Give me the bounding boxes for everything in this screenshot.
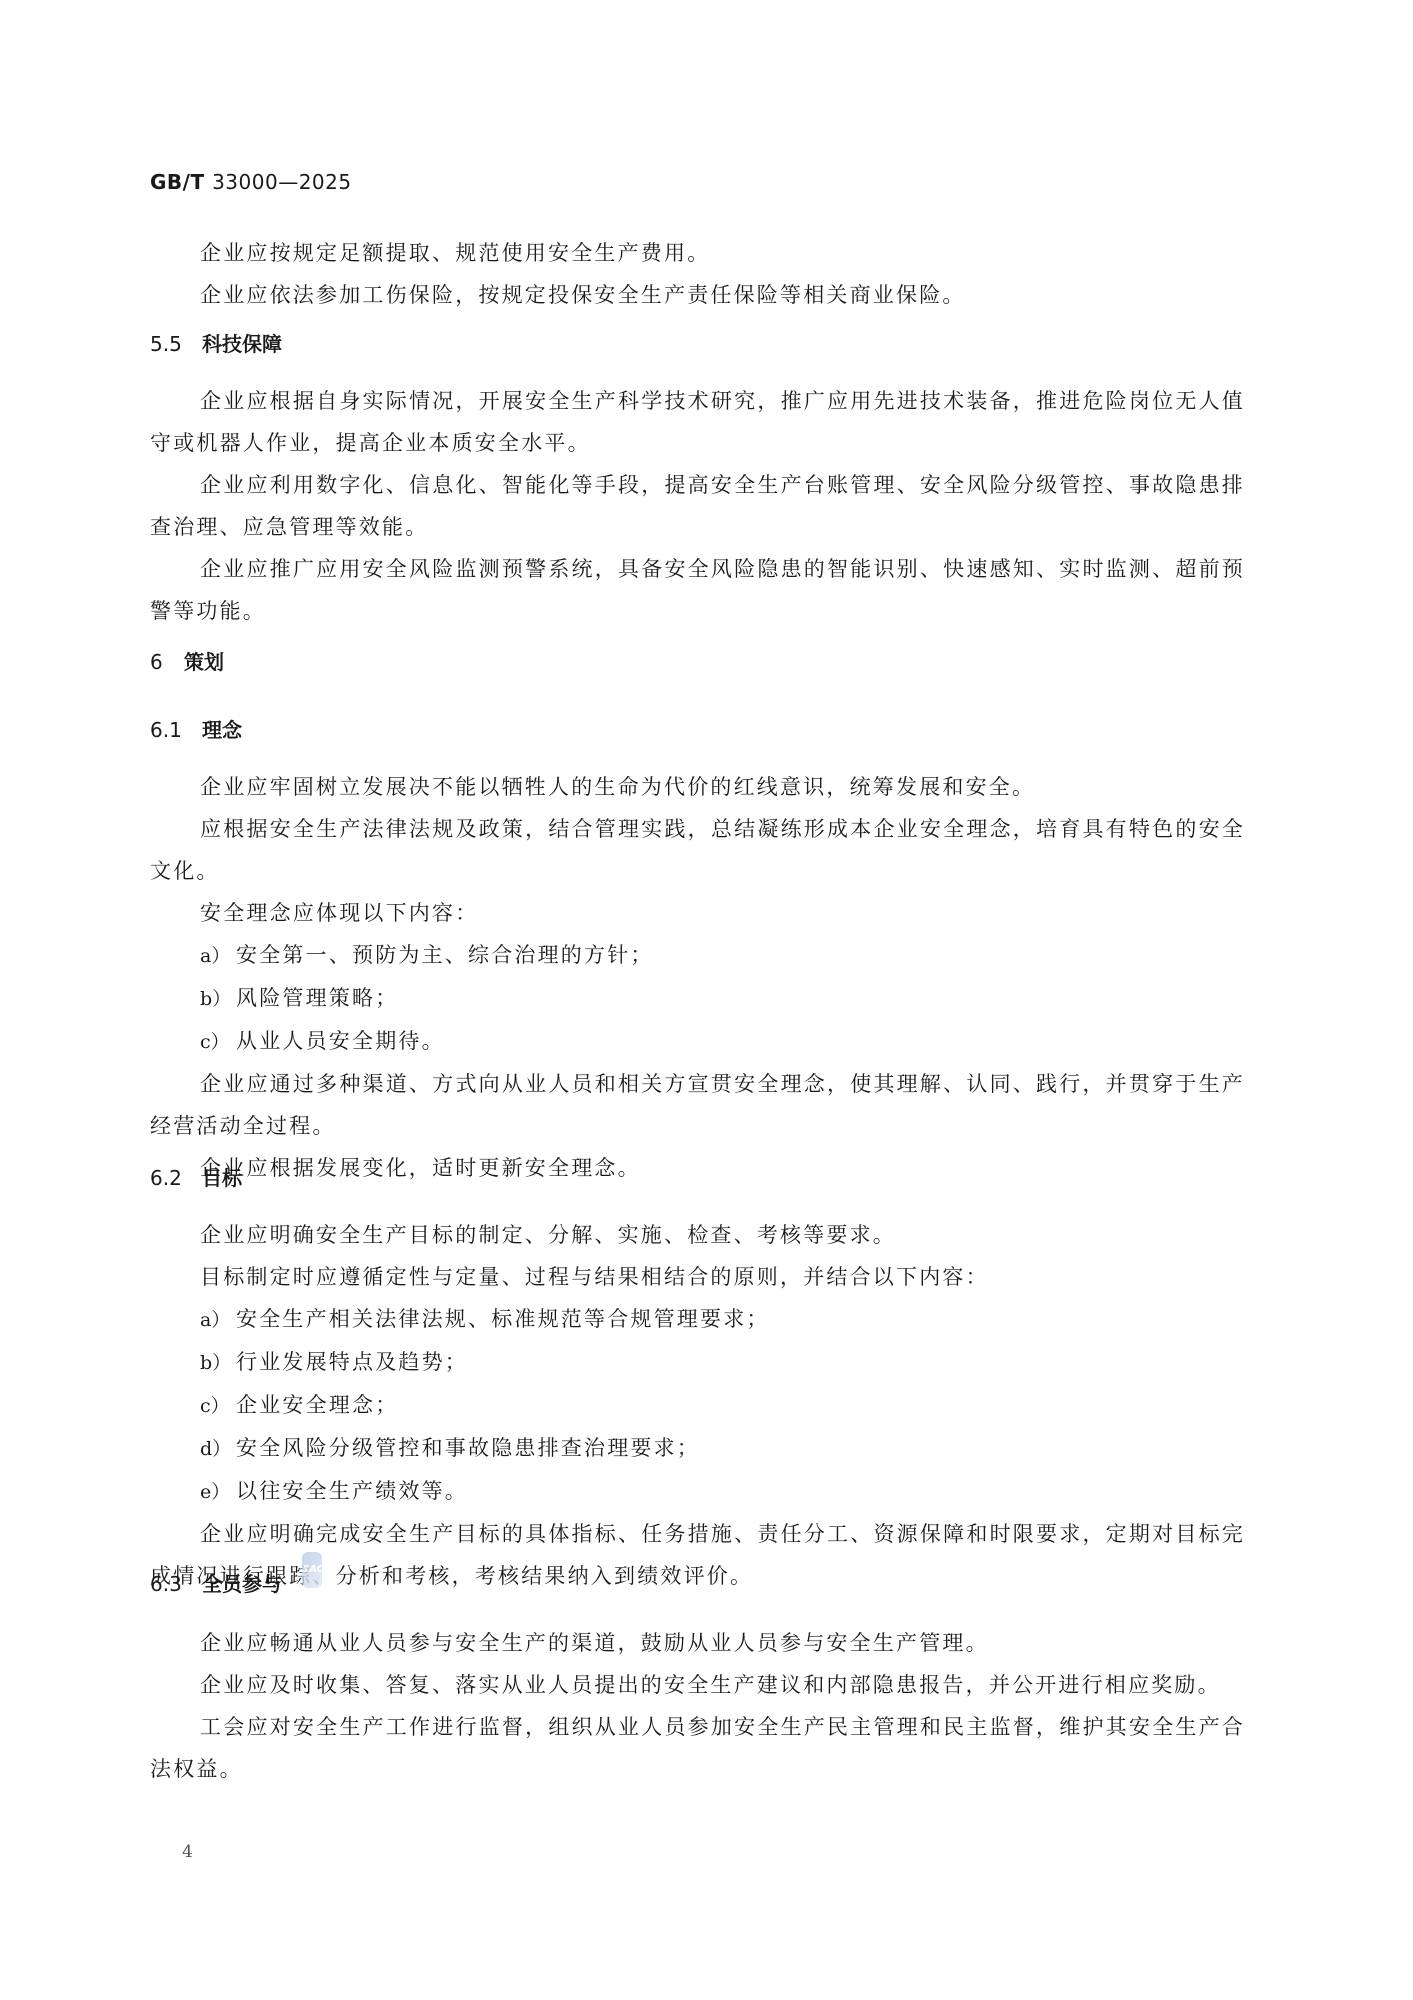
list-label: b） bbox=[200, 978, 236, 1020]
list-text: 以往安全生产绩效等。 bbox=[236, 1479, 468, 1503]
section-heading: 5.5科技保障 bbox=[150, 328, 1245, 360]
section-heading: 6.2目标 bbox=[150, 1162, 1245, 1194]
list-item: a）安全生产相关法律法规、标准规范等合规管理要求； bbox=[150, 1298, 1245, 1341]
list-label: c） bbox=[200, 1385, 236, 1427]
section-number: 6.1 bbox=[150, 714, 202, 746]
paragraph: 企业应明确安全生产目标的制定、分解、实施、检查、考核等要求。 bbox=[150, 1214, 1245, 1256]
list-item: b）风险管理策略； bbox=[150, 977, 1245, 1020]
list-text: 风险管理策略； bbox=[236, 986, 398, 1010]
list-item: c）从业人员安全期待。 bbox=[150, 1020, 1245, 1063]
paragraph: 企业应畅通从业人员参与安全生产的渠道，鼓励从业人员参与安全生产管理。 bbox=[150, 1622, 1245, 1664]
paragraph: 应根据安全生产法律法规及政策，结合管理实践，总结凝练形成本企业安全理念，培育具有… bbox=[150, 808, 1245, 892]
section-heading: 6.1理念 bbox=[150, 714, 1245, 746]
page-number: 4 bbox=[182, 1842, 193, 1862]
section-6-3-body: 企业应畅通从业人员参与安全生产的渠道，鼓励从业人员参与安全生产管理。 企业应及时… bbox=[150, 1622, 1245, 1790]
section-6-1-body: 企业应牢固树立发展决不能以牺牲人的生命为代价的红线意识，统筹发展和安全。 应根据… bbox=[150, 766, 1245, 1189]
section-title: 目标 bbox=[202, 1166, 242, 1190]
list-item: b）行业发展特点及趋势； bbox=[150, 1341, 1245, 1384]
section-title: 科技保障 bbox=[202, 332, 282, 356]
list-item: a）安全第一、预防为主、综合治理的方针； bbox=[150, 934, 1245, 977]
list-label: a） bbox=[200, 935, 236, 977]
list-label: b） bbox=[200, 1342, 236, 1384]
paragraph: 企业应推广应用安全风险监测预警系统，具备安全风险隐患的智能识别、快速感知、实时监… bbox=[150, 548, 1245, 632]
section-title: 全员参与 bbox=[202, 1572, 282, 1596]
section-6-3: 6.3全员参与 bbox=[150, 1568, 1245, 1600]
standard-number: 33000—2025 bbox=[212, 170, 352, 194]
section-title: 理念 bbox=[202, 718, 242, 742]
paragraph: 企业应依法参加工伤保险，按规定投保安全生产责任保险等相关商业保险。 bbox=[150, 274, 1245, 316]
list-label: d） bbox=[200, 1428, 236, 1470]
list-text: 从业人员安全期待。 bbox=[236, 1029, 445, 1053]
section-5-5-body: 企业应根据自身实际情况，开展安全生产科学技术研究，推广应用先进技术装备，推进危险… bbox=[150, 380, 1245, 632]
standard-prefix: GB/T bbox=[150, 170, 205, 194]
section-5-5: 5.5科技保障 bbox=[150, 328, 1245, 360]
document-page: GB/T 33000—2025 企业应按规定足额提取、规范使用安全生产费用。 企… bbox=[0, 0, 1413, 2000]
paragraph: 企业应及时收集、答复、落实从业人员提出的安全生产建议和内部隐患报告，并公开进行相… bbox=[150, 1664, 1245, 1706]
chapter-title: 策划 bbox=[184, 650, 224, 674]
list-text: 安全风险分级管控和事故隐患排查治理要求； bbox=[236, 1436, 700, 1460]
paragraph: 企业应按规定足额提取、规范使用安全生产费用。 bbox=[150, 232, 1245, 274]
paragraph: 目标制定时应遵循定性与定量、过程与结果相结合的原则，并结合以下内容： bbox=[150, 1256, 1245, 1298]
section-6-2: 6.2目标 bbox=[150, 1162, 1245, 1194]
section-number: 6.2 bbox=[150, 1162, 202, 1194]
list-item: d）安全风险分级管控和事故隐患排查治理要求； bbox=[150, 1427, 1245, 1470]
paragraph: 工会应对安全生产工作进行监督，组织从业人员参加安全生产民主管理和民主监督，维护其… bbox=[150, 1706, 1245, 1790]
paragraph: 企业应通过多种渠道、方式向从业人员和相关方宣贯安全理念，使其理解、认同、践行，并… bbox=[150, 1063, 1245, 1147]
list-item: c）企业安全理念； bbox=[150, 1384, 1245, 1427]
list-item: e）以往安全生产绩效等。 bbox=[150, 1470, 1245, 1513]
section-6: 6策划 bbox=[150, 646, 1245, 678]
paragraph: 企业应根据自身实际情况，开展安全生产科学技术研究，推广应用先进技术装备，推进危险… bbox=[150, 380, 1245, 464]
section-heading: 6.3全员参与 bbox=[150, 1568, 1245, 1600]
paragraph: 企业应牢固树立发展决不能以牺牲人的生命为代价的红线意识，统筹发展和安全。 bbox=[150, 766, 1245, 808]
section-number: 5.5 bbox=[150, 328, 202, 360]
paragraph: 企业应利用数字化、信息化、智能化等手段，提高安全生产台账管理、安全风险分级管控、… bbox=[150, 464, 1245, 548]
list-label: c） bbox=[200, 1021, 236, 1063]
section-5-4-tail: 企业应按规定足额提取、规范使用安全生产费用。 企业应依法参加工伤保险，按规定投保… bbox=[150, 232, 1245, 316]
list-text: 行业发展特点及趋势； bbox=[236, 1350, 468, 1374]
list-label: e） bbox=[200, 1471, 236, 1513]
section-number: 6.3 bbox=[150, 1568, 202, 1600]
section-6-2-body: 企业应明确安全生产目标的制定、分解、实施、检查、考核等要求。 目标制定时应遵循定… bbox=[150, 1214, 1245, 1597]
list-text: 安全生产相关法律法规、标准规范等合规管理要求； bbox=[236, 1307, 770, 1331]
section-6-1: 6.1理念 bbox=[150, 714, 1245, 746]
paragraph: 安全理念应体现以下内容： bbox=[150, 892, 1245, 934]
standard-code: GB/T 33000—2025 bbox=[150, 170, 352, 194]
list-label: a） bbox=[200, 1299, 236, 1341]
list-text: 企业安全理念； bbox=[236, 1393, 398, 1417]
chapter-heading: 6策划 bbox=[150, 646, 1245, 678]
list-text: 安全第一、预防为主、综合治理的方针； bbox=[236, 943, 654, 967]
chapter-number: 6 bbox=[150, 646, 184, 678]
